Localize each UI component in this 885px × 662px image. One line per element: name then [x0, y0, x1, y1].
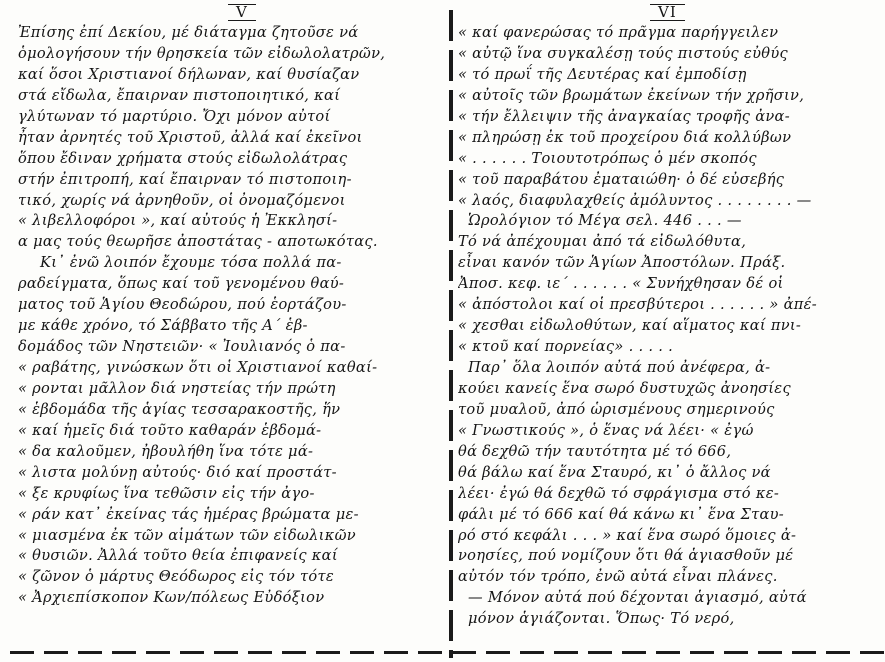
column-header-left: V	[228, 4, 256, 21]
text-line: « Γνωστικούς », ὁ ἕνας νά λέει· « ἐγώ	[458, 420, 883, 441]
text-line: Παρ᾽ ὅλα λοιπόν αὐτά πού ἀνέφερα, ἀ-	[458, 357, 883, 378]
text-line: ἦταν ἀρνητές τοῦ Χριστοῦ, ἀλλά καί ἐκεῖν…	[18, 127, 438, 148]
text-line: ὁμολογήσουν τήν θρησκεία τῶν εἰδωλολατρῶ…	[18, 43, 438, 64]
column-right: « καί φανερώσας τό πρᾶγμα παρήγγειλεν « …	[458, 22, 883, 629]
text-line: « αὐτῷ ἵνα συγκαλέσῃ τούς πιστούς εὐθύς	[458, 43, 883, 64]
text-line: « . . . . . . Τοιουτοτρόπως ὁ μέν σκοπός	[458, 148, 883, 169]
text-line: α μας τούς θεωρῆσε ἀποστάτας - αποτωκότα…	[18, 231, 438, 252]
text-line: « τό πρωΐ τῆς Δευτέρας καί ἐμποδίσῃ	[458, 64, 883, 85]
text-line: « Ἀρχιεπίσκοπον Κων/πόλεως Εὐδόξιον	[18, 587, 438, 608]
text-line: « χεσθαι εἰδωλοθύτων, καί αἵματος καί πν…	[458, 315, 883, 336]
text-line: τικό, χωρίς νά ἀρνηθοῦν, οἱ ὀνομαζόμενοι	[18, 190, 438, 211]
text-line: ραδείγματα, ὅπως καί τοῦ γενομένου θαύ-	[18, 273, 438, 294]
text-line: « αὐτοῖς τῶν βρωμάτων ἐκείνων τήν χρῆσιν…	[458, 85, 883, 106]
text-line: στά εἴδωλα, ἔπαιρναν πιστοποιητικό, καί	[18, 85, 438, 106]
text-line: δομάδος τῶν Νηστειῶν· « Ἰουλιανός ὁ πα-	[18, 336, 438, 357]
text-line: « ἑβδομάδα τῆς ἁγίας τεσσαρακοστῆς, ἥν	[18, 399, 438, 420]
text-line: γλύτωναν τό μαρτύριο. Ὄχι μόνον αὐτοί	[18, 106, 438, 127]
text-line: « λιβελλοφόροι », καί αὐτούς ἡ Ἐκκλησί-	[18, 210, 438, 231]
text-line: « καί φανερώσας τό πρᾶγμα παρήγγειλεν	[458, 22, 883, 43]
text-line: « μιασμένα ἐκ τῶν αἱμάτων τῶν εἰδωλικῶν	[18, 525, 438, 546]
text-line: « ραβάτης, γινώσκων ὅτι οἱ Χριστιανοί κα…	[18, 357, 438, 378]
column-left: Ἐπίσης ἐπί Δεκίου, μέ διάταγμα ζητοῦσε ν…	[18, 22, 438, 608]
text-line: ὅπου ἔδιναν χρήματα στούς εἰδωλολάτρας	[18, 148, 438, 169]
text-line: « λαός, διαφυλαχθείς ἀμόλυντος . . . . .…	[458, 190, 883, 211]
text-line: « ζῶνον ὁ μάρτυς Θεόδωρος εἰς τόν τότε	[18, 566, 438, 587]
text-line: ρό στό κεφάλι . . . » καί ἕνα σωρό ὅμοιε…	[458, 525, 883, 546]
text-line: λέει· ἐγώ θά δεχθῶ τό σφράγισμα στό κε-	[458, 483, 883, 504]
text-line: καί ὅσοι Χριστιανοί δήλωναν, καί θυσίαζα…	[18, 64, 438, 85]
bottom-dashed-rule	[10, 651, 885, 654]
text-line: « τήν ἔλλειψιν τῆς ἀναγκαίας τροφῆς ἀνα-	[458, 106, 883, 127]
text-line: τοῦ μυαλοῦ, ἀπό ὡρισμένους σημερινούς	[458, 399, 883, 420]
text-line: Τό νά ἀπέχουμαι ἀπό τά εἰδωλόθυτα,	[458, 231, 883, 252]
text-line: — Μόνον αὐτά πού δέχονται ἁγιασμό, αὐτά	[458, 587, 883, 608]
text-line: με κάθε χρόνο, τό Σάββατο τῆς Α´ ἑβ-	[18, 315, 438, 336]
text-line: Κι᾽ ἐνῶ λοιπόν ἔχουμε τόσα πολλά πα-	[18, 252, 438, 273]
text-line: στήν ἐπιτροπή, καί ἔπαιρναν τό πιστοποιη…	[18, 169, 438, 190]
manuscript-page: V VI Ἐπίσης ἐπί Δεκίου, μέ διάταγμα ζητο…	[0, 0, 885, 662]
text-line: « πληρώσῃ ἐκ τοῦ προχείρου διά κολλύβων	[458, 127, 883, 148]
text-line: φάλι μέ τό 666 καί θά κάνω κι᾽ ἕνα Σταυ-	[458, 504, 883, 525]
text-line: « ράν κατ᾽ ἐκείνας τάς ἡμέρας βρώματα με…	[18, 504, 438, 525]
text-line: ματος τοῦ Ἁγίου Θεοδώρου, πού ἑορτάζου-	[18, 294, 438, 315]
text-line: « τοῦ παραβάτου ἐματαιώθη· ὁ δέ εὐσεβής	[458, 169, 883, 190]
column-header-right: VI	[650, 4, 685, 21]
text-line: νοησίες, πού νομίζουν ὅτι θά ἁγιασθοῦν μ…	[458, 545, 883, 566]
text-line: κούει κανείς ἕνα σωρό δυστυχῶς ἀνοησίες	[458, 378, 883, 399]
text-line: Ἀποσ. κεφ. ιε´ . . . . . . « Συνήχθησαν …	[458, 273, 883, 294]
text-line: « θυσιῶν. Ἀλλά τοῦτο θεία ἐπιφανείς καί	[18, 545, 438, 566]
text-line: μόνον ἁγιάζονται. Ὅπως· Τό νερό,	[458, 608, 883, 629]
text-line: « ρονται μᾶλλον διά νηστείας τήν πρώτη	[18, 378, 438, 399]
text-line: θά βάλω καί ἕνα Σταυρό, κι᾽ ὁ ἄλλος νά	[458, 462, 883, 483]
text-line: « λιστα μολύνῃ αὐτούς· διό καί προστάτ-	[18, 462, 438, 483]
text-line: εἶναι κανόν τῶν Ἁγίων Ἀποστόλων. Πράξ.	[458, 252, 883, 273]
text-line: « δα καλοῦμεν, ἠβουλήθη ἵνα τότε μά-	[18, 441, 438, 462]
text-line: Ἐπίσης ἐπί Δεκίου, μέ διάταγμα ζητοῦσε ν…	[18, 22, 438, 43]
text-line: « ἀπόστολοι καί οἱ πρεσβύτεροι . . . . .…	[458, 294, 883, 315]
column-divider	[449, 10, 453, 658]
text-line: « καί ἡμεῖς διά τοῦτο καθαράν ἑβδομά-	[18, 420, 438, 441]
text-line: θά δεχθῶ τήν ταυτότητα μέ τό 666,	[458, 441, 883, 462]
text-line: « κτοῦ καί πορνείας» . . . . .	[458, 336, 883, 357]
text-line: αὐτόν τόν τρόπο, ἐνῶ αὐτά εἶναι πλάνες.	[458, 566, 883, 587]
text-line: « ξε κρυφίως ἵνα τεθῶσιν εἰς τήν ἀγο-	[18, 483, 438, 504]
text-line: Ὡρολόγιον τό Μέγα σελ. 446 . . . —	[458, 210, 883, 231]
